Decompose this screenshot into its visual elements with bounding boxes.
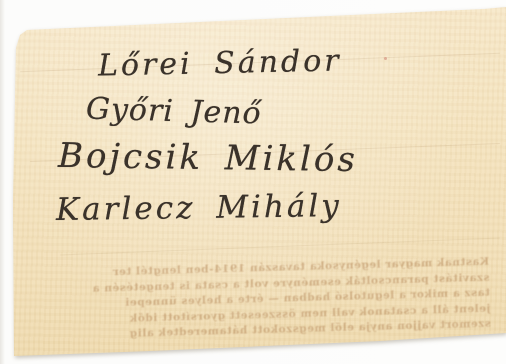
scan-canvas: Lőrei Sándor Győri Jenő Bojcsik Miklós K… [0,0,506,364]
paper-card: Lőrei Sándor Győri Jenő Bojcsik Miklós K… [0,0,506,364]
bleed-through-text-block: Kastnak magyar legénysoka tavaszán 1914-… [33,255,491,345]
paper-shadow: Lőrei Sándor Győri Jenő Bojcsik Miklós K… [0,0,506,364]
paper-crease [60,238,500,256]
signature-line-3: Bojcsik Miklós [58,136,358,180]
signature-line-1: Lőrei Sándor [98,43,342,83]
paper-speck [384,57,387,60]
signature-line-4: Karlecz Mihály [56,188,342,228]
signature-line-2: Győri Jenő [86,92,263,132]
